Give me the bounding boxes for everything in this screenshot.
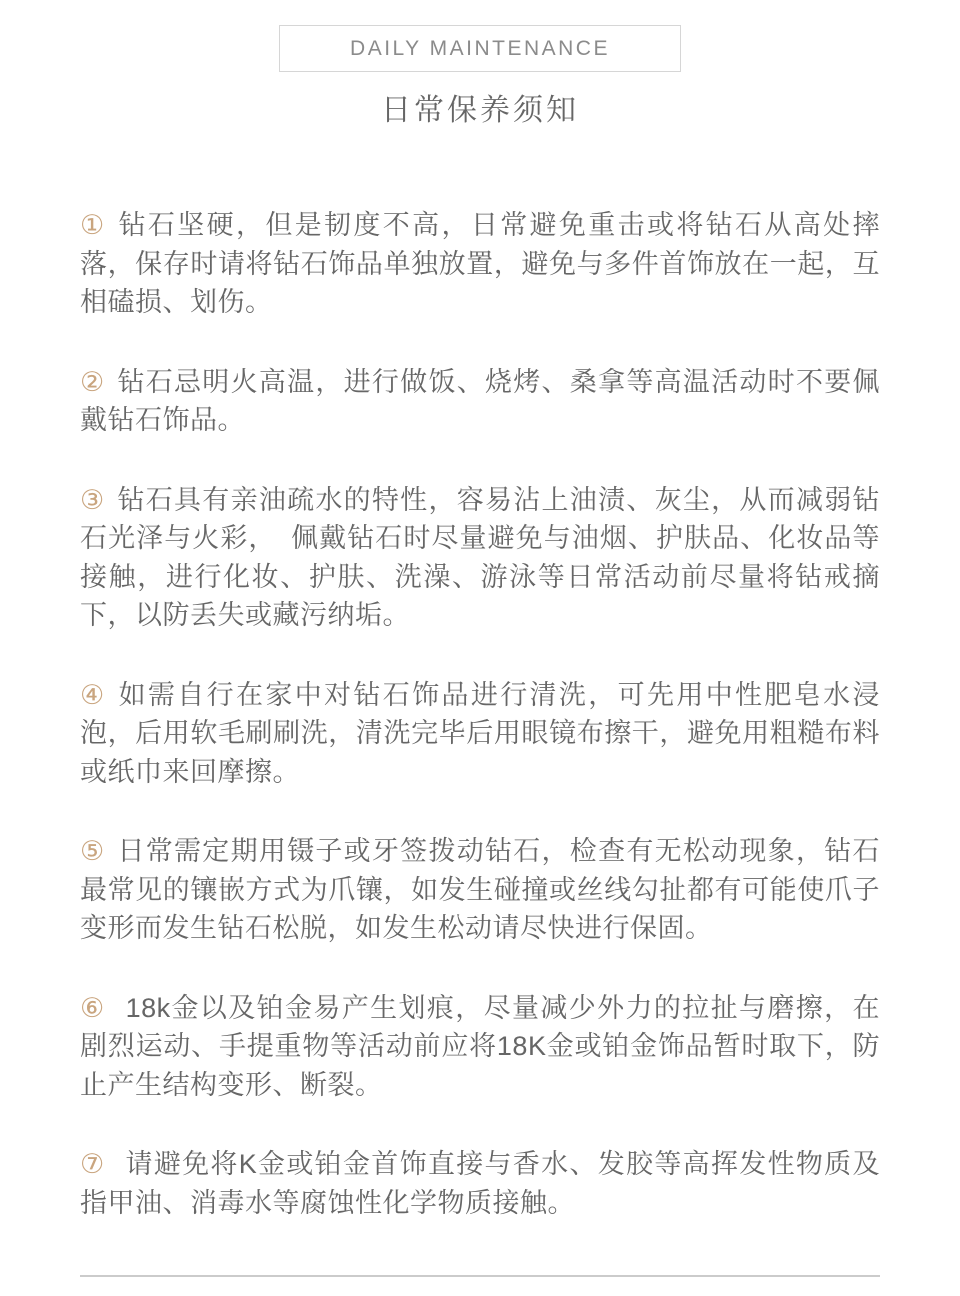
page-title: 日常保养须知 <box>80 94 880 128</box>
bottom-divider <box>80 1275 880 1277</box>
tip-text: 18k金以及铂金易产生划痕，尽量减少外力的拉扯与磨擦，在剧烈运动、手提重物等活动… <box>80 993 880 1100</box>
tip-item: ④如需自行在家中对钻石饰品进行清洗，可先用中性肥皂水浸泡，后用软毛刷刷洗，清洗完… <box>80 676 880 792</box>
tips-list: ①钻石坚硬，但是韧度不高，日常避免重击或将钻石从高处摔落，保存时请将钻石饰品单独… <box>80 206 880 1222</box>
tip-number: ① <box>80 210 107 240</box>
tip-item: ⑤日常需定期用镊子或牙签拨动钻石，检查有无松动现象，钻石最常见的镶嵌方式为爪镶，… <box>80 832 880 948</box>
tip-number: ⑤ <box>80 836 105 866</box>
tip-text: 如需自行在家中对钻石饰品进行清洗，可先用中性肥皂水浸泡，后用软毛刷刷洗，清洗完毕… <box>80 680 880 787</box>
tip-text: 请避免将K金或铂金首饰直接与香水、发胶等高挥发性物质及指甲油、消毒水等腐蚀性化学… <box>80 1149 880 1218</box>
tip-text: 钻石具有亲油疏水的特性，容易沾上油渍、灰尘，从而减弱钻石光泽与火彩， 佩戴钻石时… <box>80 485 880 631</box>
tip-number: ⑥ <box>80 993 106 1023</box>
tip-item: ②钻石忌明火高温，进行做饭、烧烤、桑拿等高温活动时不要佩戴钻石饰品。 <box>80 363 880 440</box>
section-label: DAILY MAINTENANCE <box>350 37 610 61</box>
tip-number: ② <box>80 367 105 397</box>
tip-text: 钻石坚硬，但是韧度不高，日常避免重击或将钻石从高处摔落，保存时请将钻石饰品单独放… <box>80 210 880 317</box>
tip-item: ①钻石坚硬，但是韧度不高，日常避免重击或将钻石从高处摔落，保存时请将钻石饰品单独… <box>80 206 880 322</box>
tip-text: 日常需定期用镊子或牙签拨动钻石，检查有无松动现象，钻石最常见的镶嵌方式为爪镶，如… <box>80 836 880 943</box>
tip-item: ⑦请避免将K金或铂金首饰直接与香水、发胶等高挥发性物质及指甲油、消毒水等腐蚀性化… <box>80 1145 880 1222</box>
tip-item: ⑥18k金以及铂金易产生划痕，尽量减少外力的拉扯与磨擦，在剧烈运动、手提重物等活… <box>80 989 880 1105</box>
tip-text: 钻石忌明火高温，进行做饭、烧烤、桑拿等高温活动时不要佩戴钻石饰品。 <box>80 367 880 436</box>
tip-number: ③ <box>80 485 105 515</box>
section-label-box: DAILY MAINTENANCE <box>279 25 681 72</box>
tip-number: ④ <box>80 680 107 710</box>
tip-item: ③钻石具有亲油疏水的特性，容易沾上油渍、灰尘，从而减弱钻石光泽与火彩， 佩戴钻石… <box>80 481 880 635</box>
maintenance-notice-page: DAILY MAINTENANCE 日常保养须知 ①钻石坚硬，但是韧度不高，日常… <box>0 0 960 1296</box>
tip-number: ⑦ <box>80 1149 106 1179</box>
